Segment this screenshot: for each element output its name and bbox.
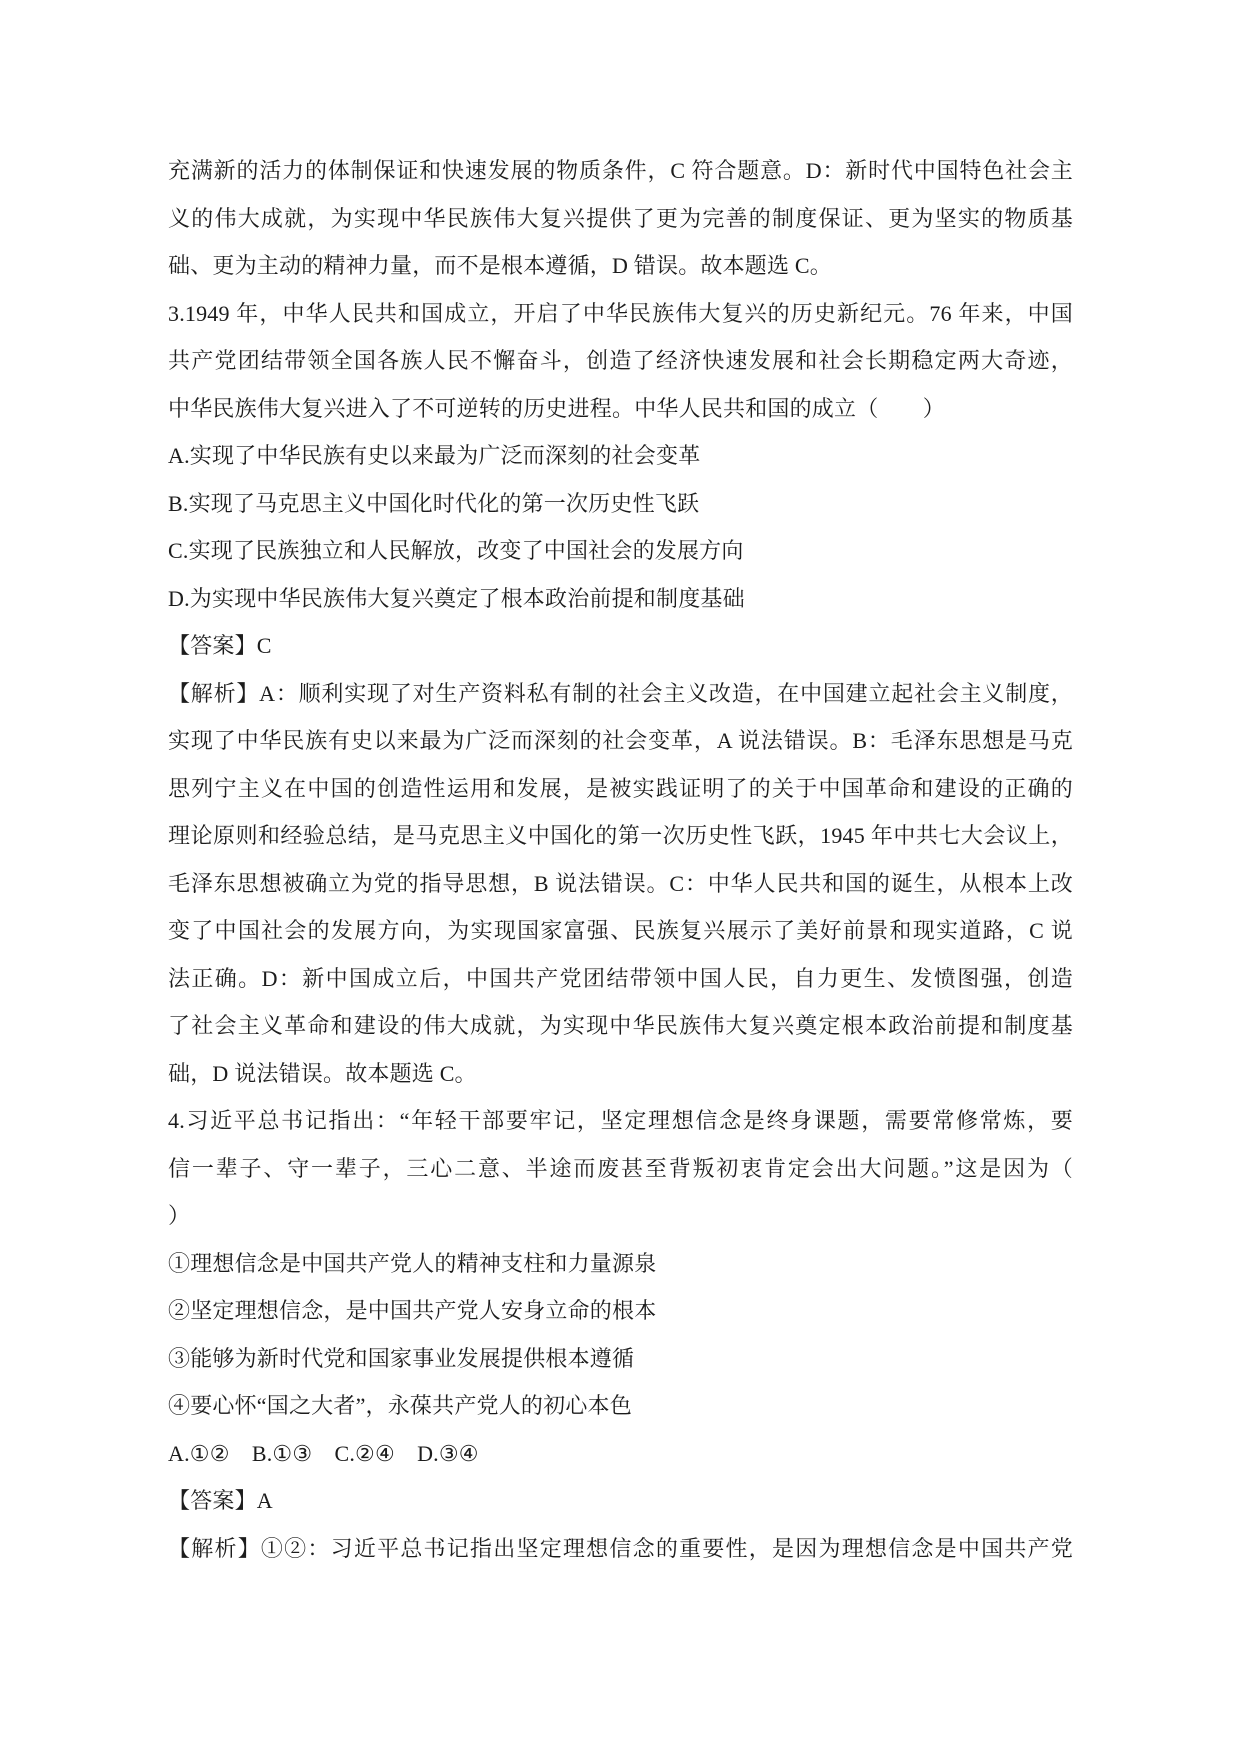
question-3-answer: 【答案】C: [168, 622, 1073, 670]
document-page: 充满新的活力的体制保证和快速发展的物质条件，C 符合题意。D：新时代中国特色社会…: [0, 0, 1240, 1754]
text-line: 理论原则和经验总结，是马克思主义中国化的第一次历史性飞跃，1945 年中共七大会…: [168, 812, 1073, 860]
text-line: 【答案】A: [168, 1477, 1073, 1525]
text-line: 【解析】①②：习近平总书记指出坚定理想信念的重要性，是因为理想信念是中国共产党: [168, 1525, 1073, 1573]
text-line: A.①② B.①③ C.②④ D.③④: [168, 1430, 1073, 1478]
question-4-analysis: 【解析】①②：习近平总书记指出坚定理想信念的重要性，是因为理想信念是中国共产党: [168, 1525, 1073, 1573]
text-line: 变了中国社会的发展方向，为实现国家富强、民族复兴展示了美好前景和现实道路，C 说: [168, 907, 1073, 955]
question-4-stem: 4.习近平总书记指出：“年轻干部要牢记，坚定理想信念是终身课题，需要常修常炼，要…: [168, 1097, 1073, 1240]
text-line: 共产党团结带领全国各族人民不懈奋斗，创造了经济快速发展和社会长期稳定两大奇迹，: [168, 337, 1073, 385]
text-line: 思列宁主义在中国的创造性运用和发展，是被实践证明了的关于中国革命和建设的正确的: [168, 765, 1073, 813]
text-line: 4.习近平总书记指出：“年轻干部要牢记，坚定理想信念是终身课题，需要常修常炼，要: [168, 1097, 1073, 1145]
text-line: D.为实现中华民族伟大复兴奠定了根本政治前提和制度基础: [168, 575, 1073, 623]
text-line: 【解析】A：顺利实现了对生产资料私有制的社会主义改造，在中国建立起社会主义制度，: [168, 670, 1073, 718]
text-line: 中华民族伟大复兴进入了不可逆转的历史进程。中华人民共和国的成立（ ）: [168, 385, 1073, 433]
question-3-options: A.实现了中华民族有史以来最为广泛而深刻的社会变革B.实现了马克思主义中国化时代…: [168, 432, 1073, 622]
text-line: 实现了中华民族有史以来最为广泛而深刻的社会变革，A 说法错误。B：毛泽东思想是马…: [168, 717, 1073, 765]
text-line: A.实现了中华民族有史以来最为广泛而深刻的社会变革: [168, 432, 1073, 480]
text-line: ③能够为新时代党和国家事业发展提供根本遵循: [168, 1335, 1073, 1383]
text-line: 【答案】C: [168, 622, 1073, 670]
text-line: ）: [168, 1192, 1073, 1240]
text-line: 法正确。D：新中国成立后，中国共产党团结带领中国人民，自力更生、发愤图强，创造: [168, 955, 1073, 1003]
text-line: 础，D 说法错误。故本题选 C。: [168, 1050, 1073, 1098]
text-line: ④要心怀“国之大者”，永葆共产党人的初心本色: [168, 1382, 1073, 1430]
text-line: B.实现了马克思主义中国化时代化的第一次历史性飞跃: [168, 480, 1073, 528]
text-line: 了社会主义革命和建设的伟大成就，为实现中华民族伟大复兴奠定根本政治前提和制度基: [168, 1002, 1073, 1050]
question-2-analysis-continuation: 充满新的活力的体制保证和快速发展的物质条件，C 符合题意。D：新时代中国特色社会…: [168, 147, 1073, 290]
text-line: 信一辈子、守一辈子，三心二意、半途而废甚至背叛初衷肯定会出大问题。”这是因为（: [168, 1145, 1073, 1193]
text-line: 充满新的活力的体制保证和快速发展的物质条件，C 符合题意。D：新时代中国特色社会…: [168, 147, 1073, 195]
page-text-area: 充满新的活力的体制保证和快速发展的物质条件，C 符合题意。D：新时代中国特色社会…: [168, 147, 1073, 1572]
text-line: ②坚定理想信念，是中国共产党人安身立命的根本: [168, 1287, 1073, 1335]
text-line: 义的伟大成就，为实现中华民族伟大复兴提供了更为完善的制度保证、更为坚实的物质基: [168, 195, 1073, 243]
question-3-stem: 3.1949 年，中华人民共和国成立，开启了中华民族伟大复兴的历史新纪元。76 …: [168, 290, 1073, 433]
text-line: 毛泽东思想被确立为党的指导思想，B 说法错误。C：中华人民共和国的诞生，从根本上…: [168, 860, 1073, 908]
text-line: 础、更为主动的精神力量，而不是根本遵循，D 错误。故本题选 C。: [168, 242, 1073, 290]
text-line: C.实现了民族独立和人民解放，改变了中国社会的发展方向: [168, 527, 1073, 575]
question-4-options: ①理想信念是中国共产党人的精神支柱和力量源泉②坚定理想信念，是中国共产党人安身立…: [168, 1240, 1073, 1478]
text-line: ①理想信念是中国共产党人的精神支柱和力量源泉: [168, 1240, 1073, 1288]
question-3-analysis: 【解析】A：顺利实现了对生产资料私有制的社会主义改造，在中国建立起社会主义制度，…: [168, 670, 1073, 1098]
text-line: 3.1949 年，中华人民共和国成立，开启了中华民族伟大复兴的历史新纪元。76 …: [168, 290, 1073, 338]
question-4-answer: 【答案】A: [168, 1477, 1073, 1525]
